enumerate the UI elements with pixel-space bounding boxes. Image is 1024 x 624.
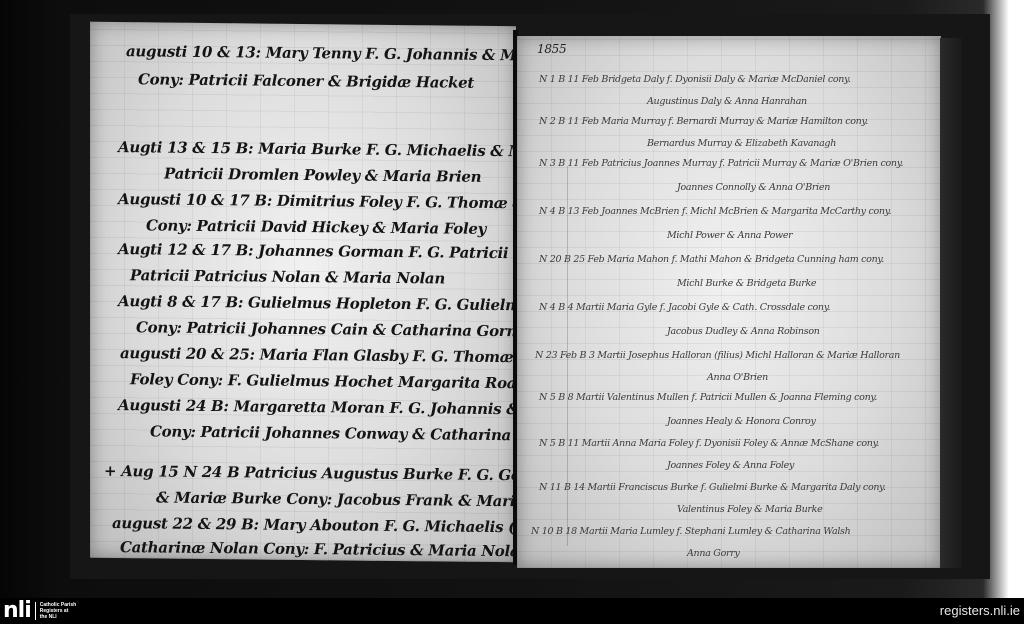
entry-line: N 3 B 11 Feb Patricius Joannes Murray f.… <box>539 158 903 169</box>
scan-viewport[interactable]: augusti 10 & 13: Mary Tenny F. G. Johann… <box>0 0 1024 598</box>
nli-logo-mark: nli <box>3 601 31 621</box>
entry-line: N 23 Feb B 3 Martii Josephus Halloran (f… <box>535 350 900 361</box>
entry-line: Cony: Patricii David Hickey & Maria Fole… <box>146 216 486 238</box>
entry-line: N 5 B 8 Martii Valentinus Mullen f. Patr… <box>539 392 877 403</box>
entry-line: N 1 B 11 Feb Bridgeta Daly f. Dyonisii D… <box>539 74 851 85</box>
entry-line: Patricii Patricius Nolan & Maria Nolan <box>130 266 445 287</box>
entry-line: N 11 B 14 Martii Franciscus Burke f. Gul… <box>539 482 886 493</box>
entry-line: Michl Burke & Bridgeta Burke <box>677 278 816 289</box>
entry-line: N 2 B 11 Feb Maria Murray f. Bernardi Mu… <box>539 116 868 127</box>
nli-logo[interactable]: nli Catholic Parish Registers at the NLI <box>3 601 80 621</box>
viewer-footer <box>0 598 1024 624</box>
entry-line: Cony: Patricii Johannes Conway & Cathari… <box>150 422 516 445</box>
register-year: 1855 <box>537 42 566 56</box>
entry-line: Joannes Foley & Anna Foley <box>667 460 794 471</box>
entry-line: Foley Cony: F. Gulielmus Hochet Margarit… <box>130 370 516 392</box>
register-page-right: 1855 N 1 B 11 Feb Bridgeta Daly f. Dyoni… <box>517 36 941 568</box>
entry-line: Michl Power & Anna Power <box>667 230 792 241</box>
entry-line: Augti 12 & 17 B: Johannes Gorman F. G. P… <box>118 240 516 264</box>
entry-line: N 4 B 13 Feb Joannes McBrien f. Michl Mc… <box>539 206 891 217</box>
entry-line: augusti 20 & 25: Maria Flan Glasby F. G.… <box>120 344 516 367</box>
entry-line: Cony: Patricii Johannes Cain & Catharina… <box>136 318 516 340</box>
entry-line: Augti 8 & 17 B: Gulielmus Hopleton F. G.… <box>118 292 516 316</box>
entry-line: Anna O'Brien <box>707 372 768 383</box>
entry-line: augusti 10 & 13: Mary Tenny F. G. Johann… <box>126 42 516 65</box>
entry-line: Joannes Connolly & Anna O'Brien <box>677 182 830 193</box>
entry-line: Patricii Dromlen Powley & Maria Brien <box>164 165 481 186</box>
entry-line: Augusti 10 & 17 B: Dimitrius Foley F. G.… <box>118 190 516 214</box>
entry-line: N 5 B 11 Martii Anna Maria Foley f. Dyon… <box>539 438 879 449</box>
entry-line: N 4 B 4 Martii Maria Gyle f. Jacobi Gyle… <box>539 302 830 313</box>
entry-line: Bernardus Murray & Elizabeth Kavanagh <box>647 138 836 149</box>
entry-line: Cony: Patricii Falconer & Brigidæ Hacket <box>138 70 474 92</box>
book-edge <box>940 38 962 568</box>
entry-line: Augustinus Daly & Anna Hanrahan <box>647 96 807 107</box>
logo-caption-line: the NLI <box>40 614 80 620</box>
entry-line: Joannes Healy & Honora Conroy <box>667 416 816 427</box>
entry-line: Augti 13 & 15 B: Maria Burke F. G. Micha… <box>118 138 516 162</box>
entry-line: Valentinus Foley & Maria Burke <box>677 504 822 515</box>
logo-divider <box>35 602 36 620</box>
entry-line: + Aug 15 N 24 B Patricius Augustus Burke… <box>104 462 516 485</box>
entry-line: Anna Gorry <box>687 548 740 559</box>
site-url-link[interactable]: registers.nli.ie <box>940 603 1020 618</box>
entry-line: Catharinæ Nolan Cony: F. Patricius & Mar… <box>120 538 516 560</box>
entry-line: N 20 B 25 Feb Maria Mahon f. Mathi Mahon… <box>539 254 884 265</box>
entry-line: Jacobus Dudley & Anna Robinson <box>667 326 820 337</box>
register-page-left: augusti 10 & 13: Mary Tenny F. G. Johann… <box>90 22 516 562</box>
entry-line: august 22 & 29 B: Mary Abouton F. G. Mic… <box>112 514 516 537</box>
entry-line: N 10 B 18 Martii Maria Lumley f. Stephan… <box>531 526 850 537</box>
entry-line: Augusti 24 B: Margaretta Moran F. G. Joh… <box>118 396 516 420</box>
logo-caption: Catholic Parish Registers at the NLI <box>40 602 80 620</box>
entry-line: & Mariæ Burke Cony: Jacobus Frank & Mari… <box>156 488 516 510</box>
